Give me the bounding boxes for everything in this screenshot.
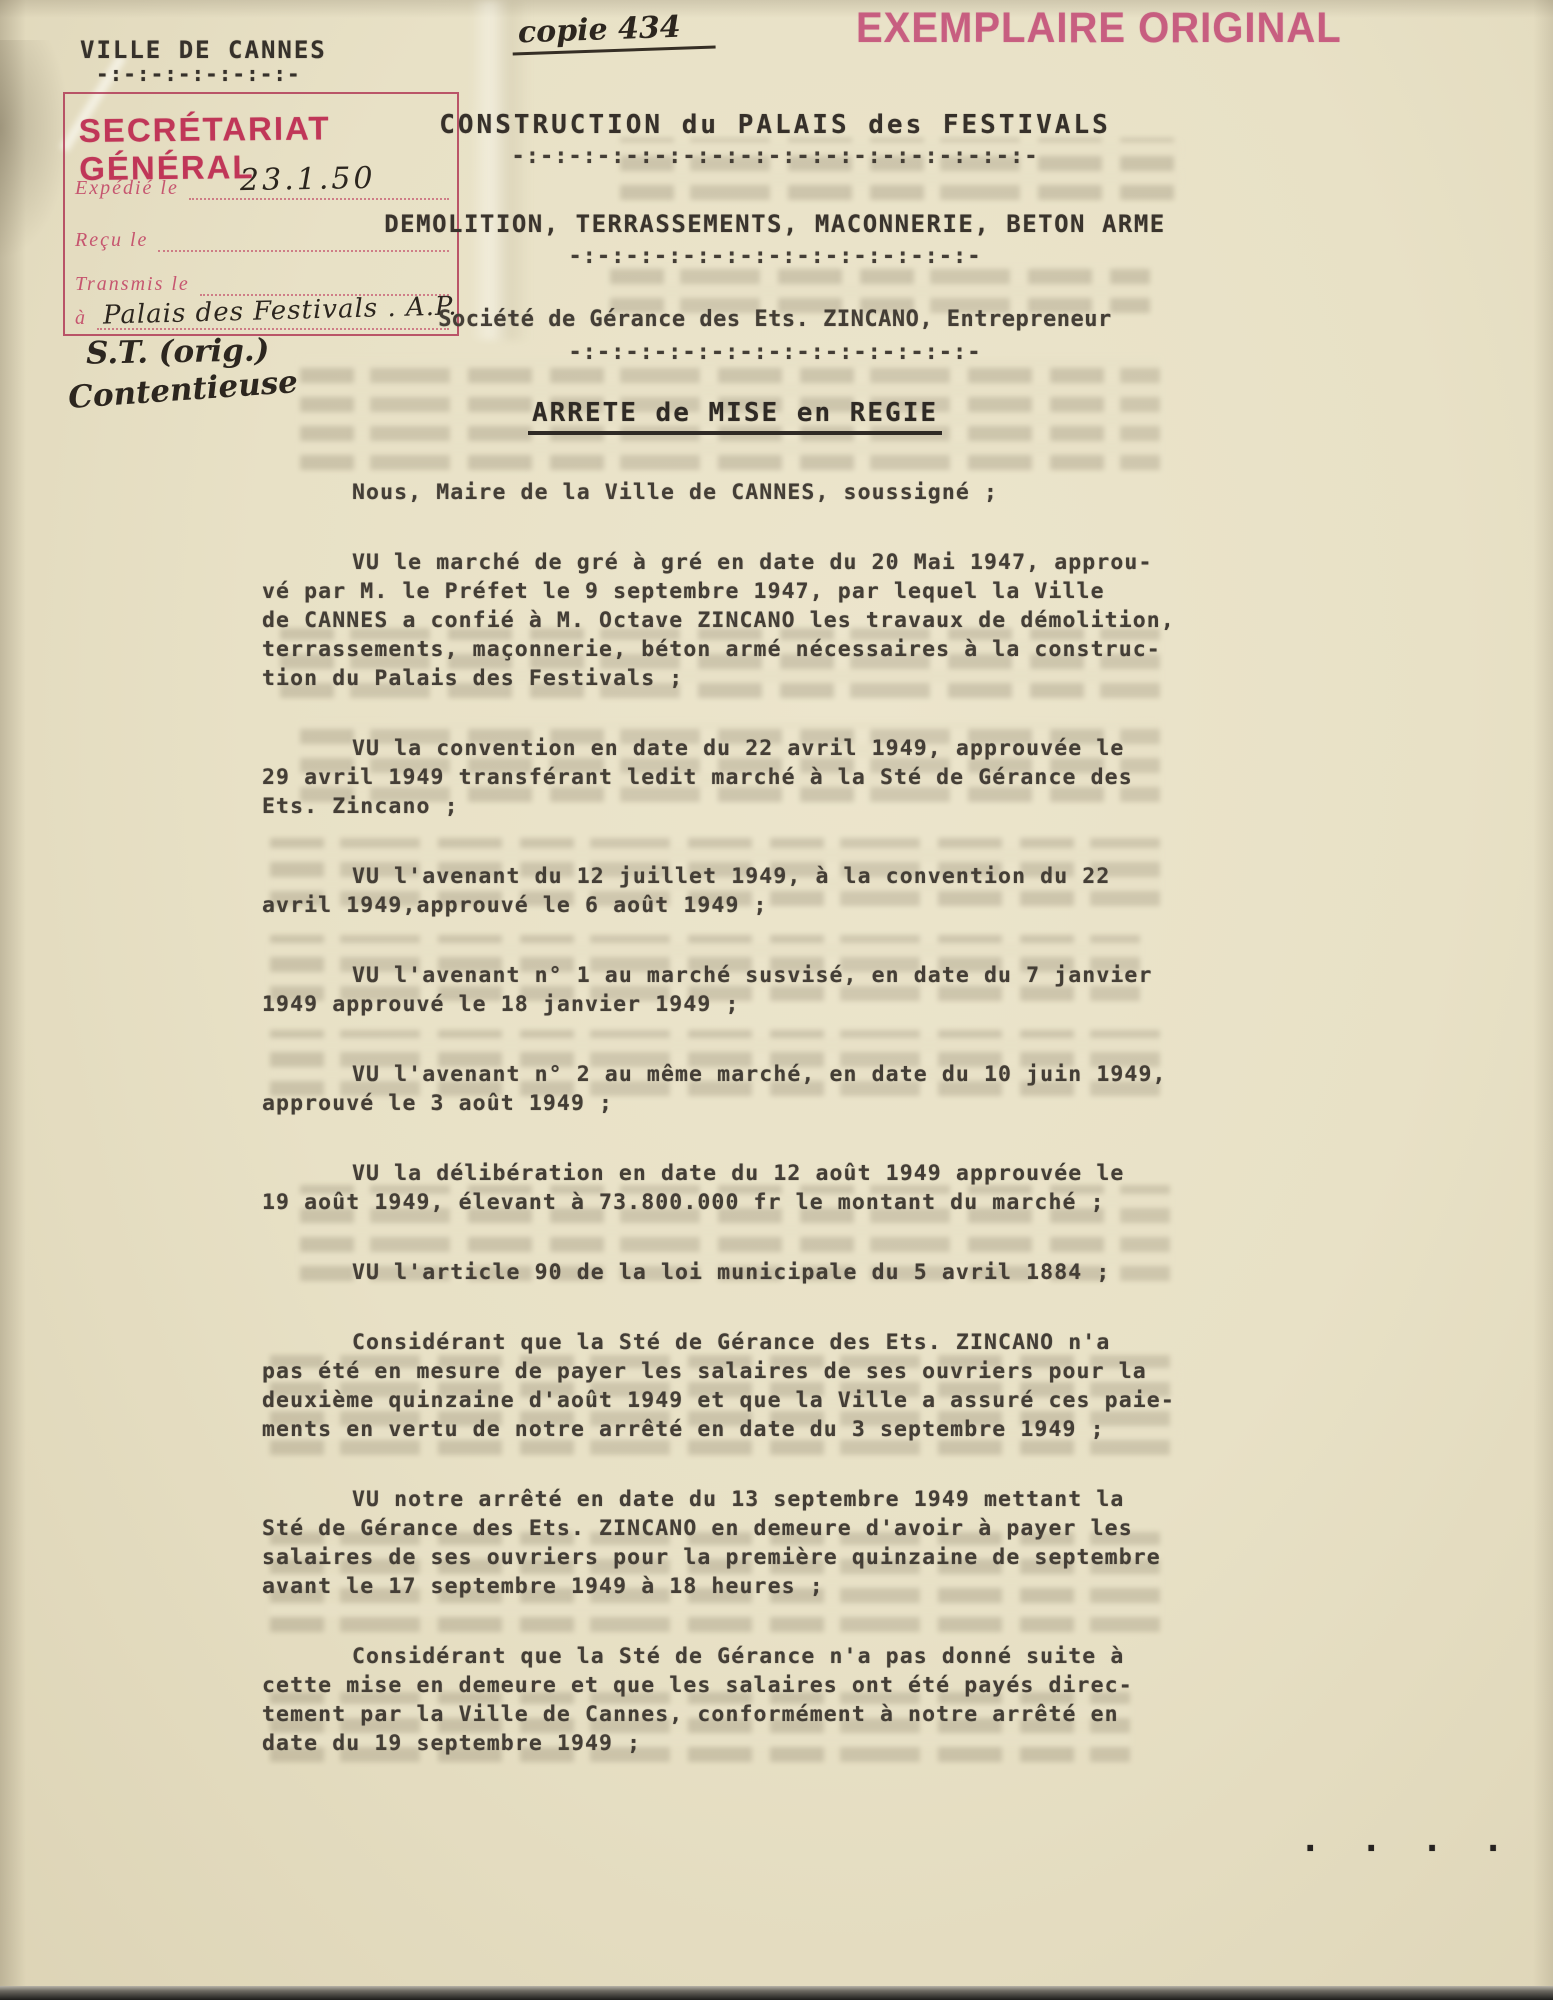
heading-separator: -:-:-:-:-:-:-:-:-:-:-:-:-:-:-:-:-:-:-: [320, 144, 1230, 169]
body-paragraph: Considérant que la Sté de Gérance des Et…: [262, 1328, 1247, 1444]
sender-city-separator: -:-:-:-:-:-:-:-: [96, 62, 301, 86]
paper-edge-shade: [1533, 0, 1553, 2000]
doc-title: ARRETE de MISE en REGIE: [528, 398, 942, 435]
doc-heading-construction: CONSTRUCTION du PALAIS des FESTIVALS: [320, 110, 1230, 140]
body-paragraph: VU notre arrêté en date du 13 septembre …: [262, 1485, 1247, 1601]
stamp-field-label: Transmis le: [75, 273, 190, 296]
body-paragraph: Nous, Maire de la Ville de CANNES, souss…: [262, 478, 1247, 507]
stamp-field-label: Reçu le: [75, 229, 148, 252]
body-paragraph: Considérant que la Sté de Gérance n'a pa…: [262, 1642, 1247, 1758]
doc-heading-entrepreneur: Société de Gérance des Ets. ZINCANO, Ent…: [320, 307, 1230, 332]
paper-corner-smudge: [0, 40, 70, 260]
handwritten-service-orig: S.T. (orig.): [86, 332, 270, 371]
body-paragraph: VU la délibération en date du 12 août 19…: [262, 1159, 1247, 1217]
copy-number-annotation: copie 434: [511, 8, 715, 55]
document-body: Nous, Maire de la Ville de CANNES, souss…: [262, 478, 1247, 1799]
end-dots: . . . .: [1300, 1820, 1513, 1860]
body-paragraph: VU l'avenant du 12 juillet 1949, à la co…: [262, 862, 1247, 920]
exemplaire-original-stamp: EXEMPLAIRE ORIGINAL: [856, 5, 1342, 53]
body-paragraph: VU la convention en date du 22 avril 194…: [262, 734, 1247, 821]
stamp-field-expedie: Expédié le 23.1.50: [75, 176, 449, 200]
paper-edge-shade: [0, 0, 26, 2000]
heading-separator: -:-:-:-:-:-:-:-:-:-:-:-:-:-:-: [320, 340, 1230, 365]
stamp-field-label: Expédié le: [75, 177, 179, 200]
stamp-field-label: à: [75, 307, 87, 330]
document-page: VILLE DE CANNES -:-:-:-:-:-:-:- SECRÉTAR…: [0, 0, 1553, 2000]
body-paragraph: VU l'avenant n° 2 au même marché, en dat…: [262, 1060, 1247, 1118]
doc-heading-lots: DEMOLITION, TERRASSEMENTS, MACONNERIE, B…: [320, 210, 1230, 238]
handwritten-service-contentieuse: Contentieuse: [67, 364, 299, 416]
body-paragraph: VU le marché de gré à gré en date du 20 …: [262, 548, 1247, 693]
body-paragraph: VU l'avenant n° 1 au marché susvisé, en …: [262, 961, 1247, 1019]
sender-city: VILLE DE CANNES: [80, 36, 327, 64]
doc-title-wrap: ARRETE de MISE en REGIE: [320, 398, 1150, 435]
body-paragraph: VU l'article 90 de la loi municipale du …: [262, 1258, 1247, 1287]
heading-separator: -:-:-:-:-:-:-:-:-:-:-:-:-:-:-: [320, 244, 1230, 269]
scan-edge: [0, 1986, 1553, 2000]
